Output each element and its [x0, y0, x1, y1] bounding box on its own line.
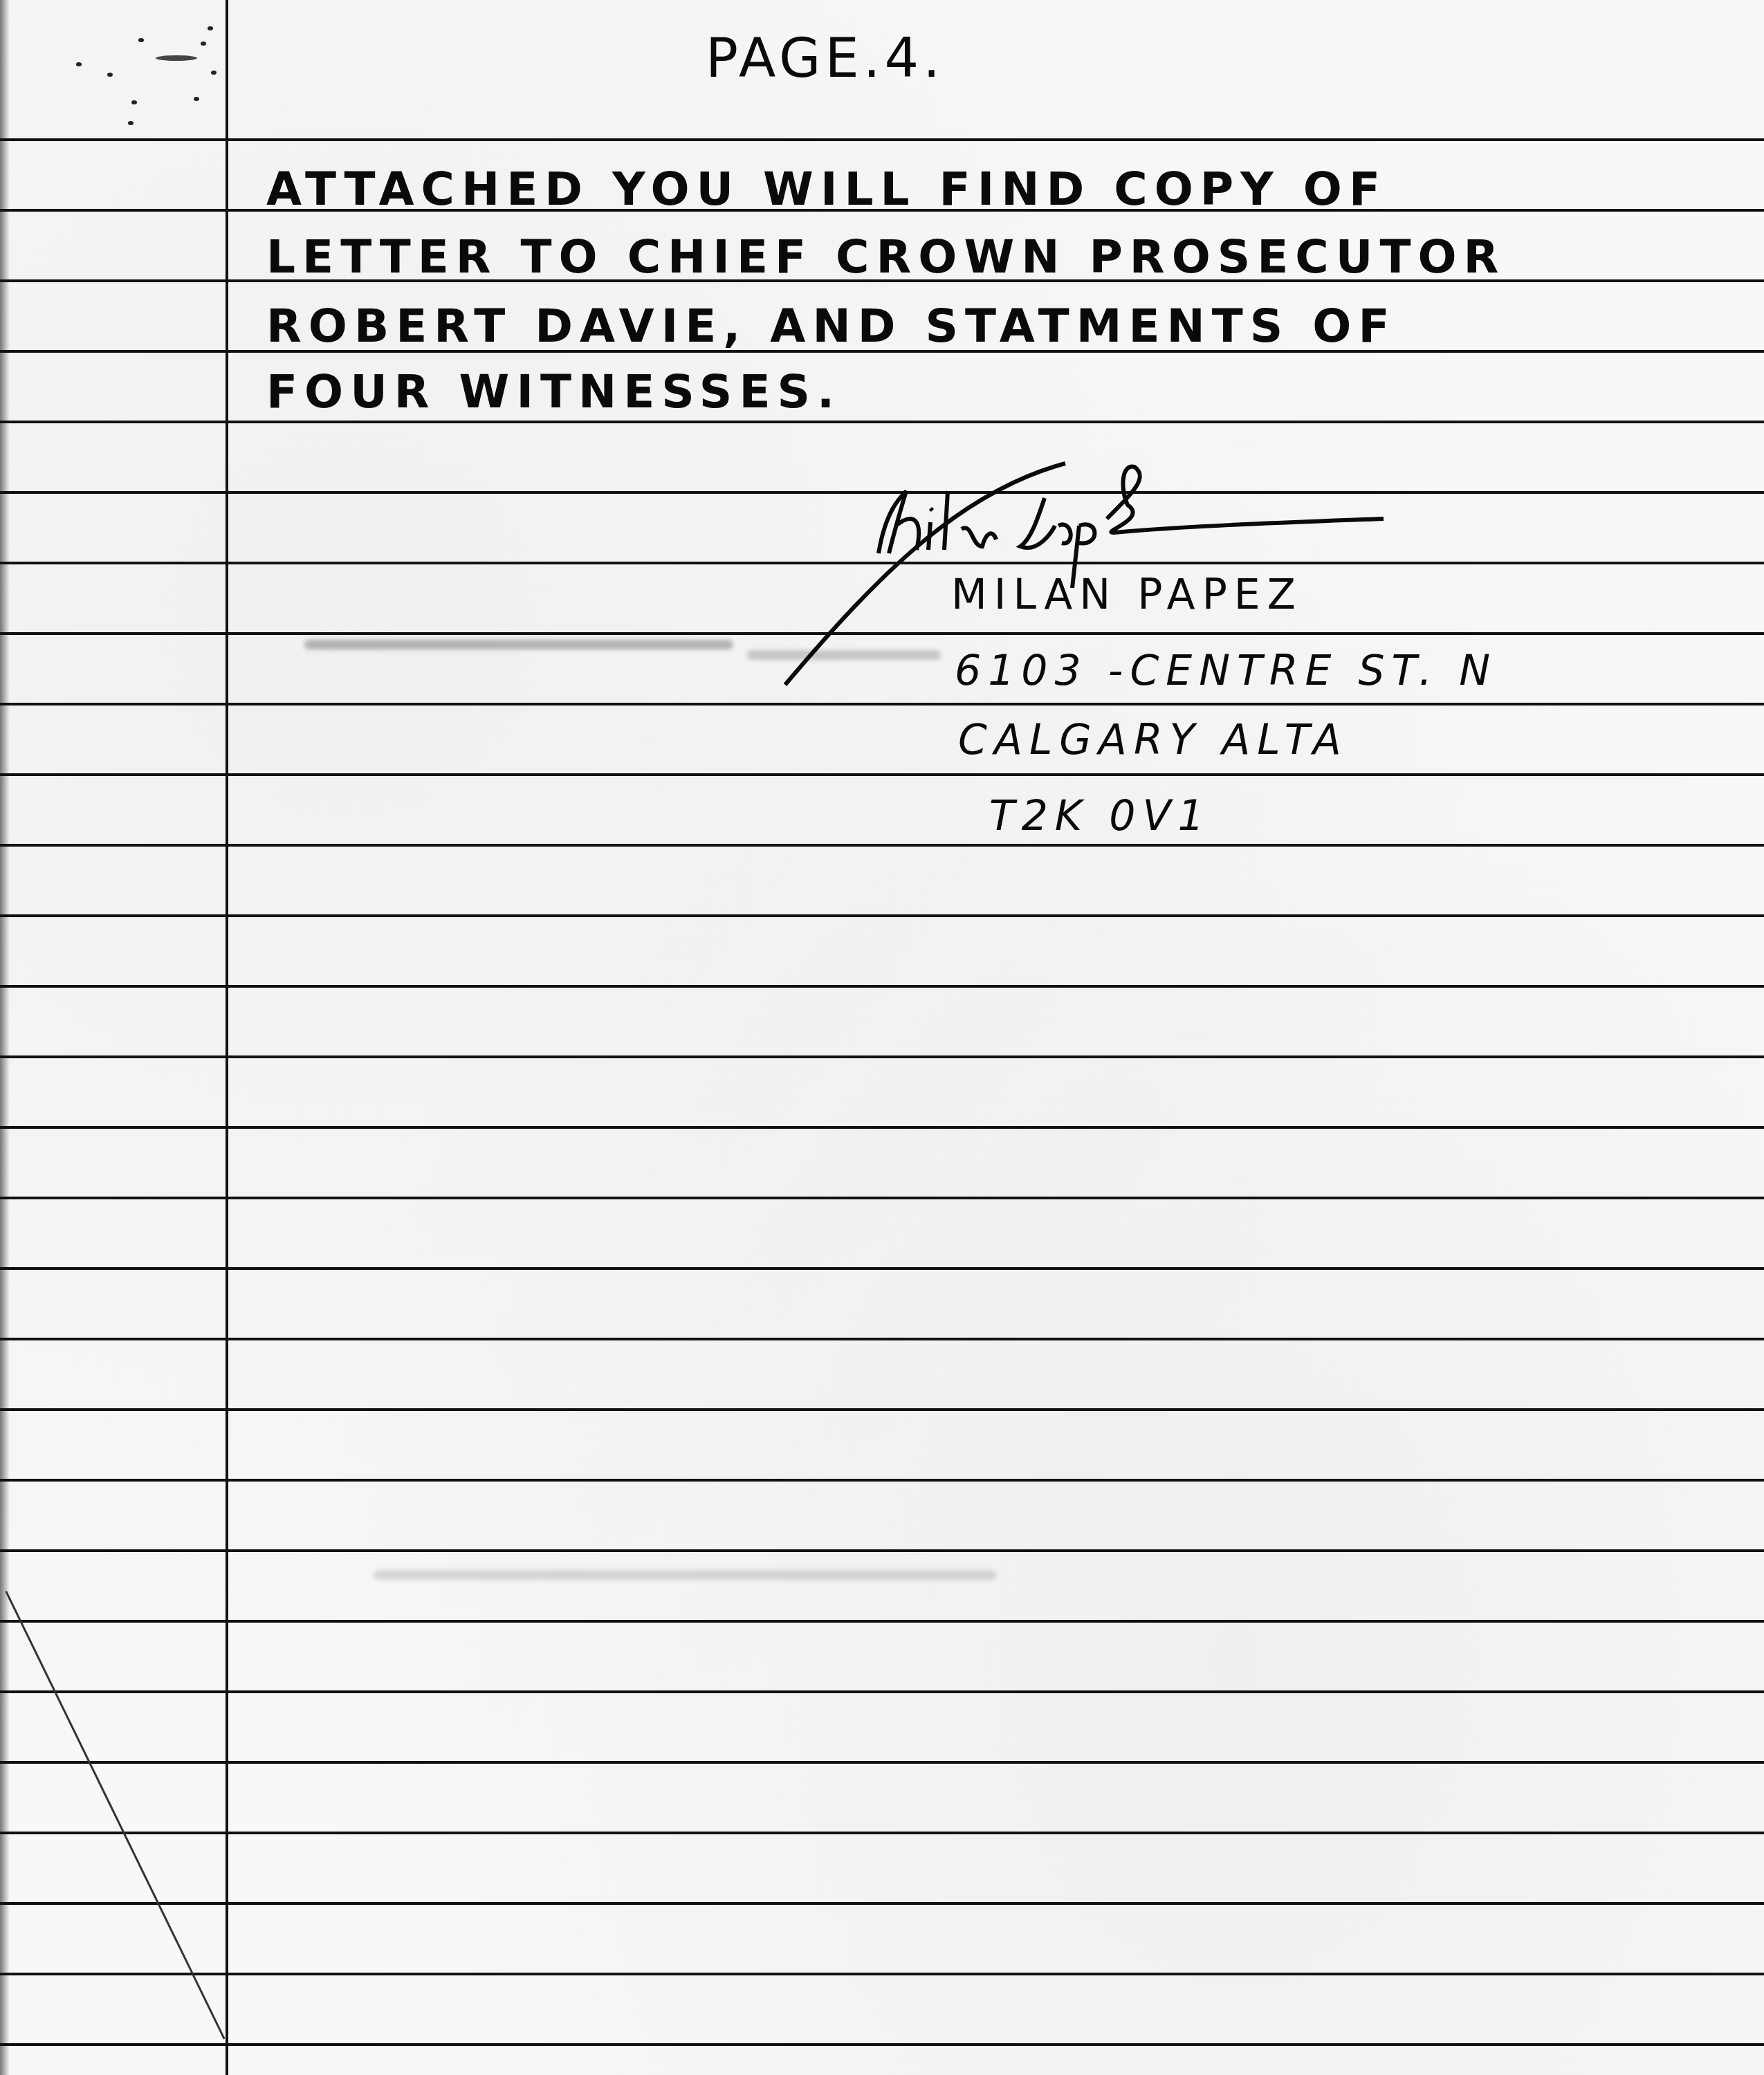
ruled-line [0, 138, 1764, 141]
margin-line [226, 0, 228, 2075]
body-line-3: ROBERT DAVIE, AND STATMENTS OF [266, 299, 1397, 353]
printed-name: MILAN PAPEZ [951, 571, 1303, 619]
fold-smudge [374, 1570, 996, 1580]
ruled-paper-page: PAGE.4. ATTACHED YOU WILL FIND COPY OF L… [0, 0, 1764, 2075]
postal-code: T2K 0V1 [989, 792, 1211, 840]
ruled-line [0, 1902, 1764, 1905]
ruled-line [0, 1338, 1764, 1340]
ruled-line [0, 1267, 1764, 1270]
ruled-line [0, 844, 1764, 847]
ruled-line [0, 1690, 1764, 1693]
ruled-line [0, 1055, 1764, 1058]
body-line-2: LETTER TO CHIEF CROWN PROSECUTOR [266, 230, 1505, 284]
ruled-line [0, 1761, 1764, 1764]
page-header: PAGE.4. [706, 28, 944, 90]
ruled-line [0, 2043, 1764, 2046]
ruled-line [0, 1126, 1764, 1129]
body-line-1: ATTACHED YOU WILL FIND COPY OF [266, 163, 1387, 216]
address-line-1: 6103 -CENTRE ST. N [955, 647, 1497, 695]
ruled-line [0, 773, 1764, 776]
address-line-2: CALGARY ALTA [958, 716, 1348, 764]
ruled-line [0, 914, 1764, 917]
ruled-line [0, 1620, 1764, 1623]
ruled-line [0, 1408, 1764, 1411]
ruled-line [0, 703, 1764, 705]
fold-smudge [304, 640, 733, 649]
ruled-line [0, 1479, 1764, 1482]
ruled-line [0, 1197, 1764, 1199]
ruled-line [0, 1832, 1764, 1834]
ruled-line [0, 985, 1764, 988]
ruled-line [0, 1973, 1764, 1975]
body-line-4: FOUR WITNESSES. [266, 365, 841, 418]
ruled-line [0, 1549, 1764, 1552]
ruled-line [0, 421, 1764, 423]
